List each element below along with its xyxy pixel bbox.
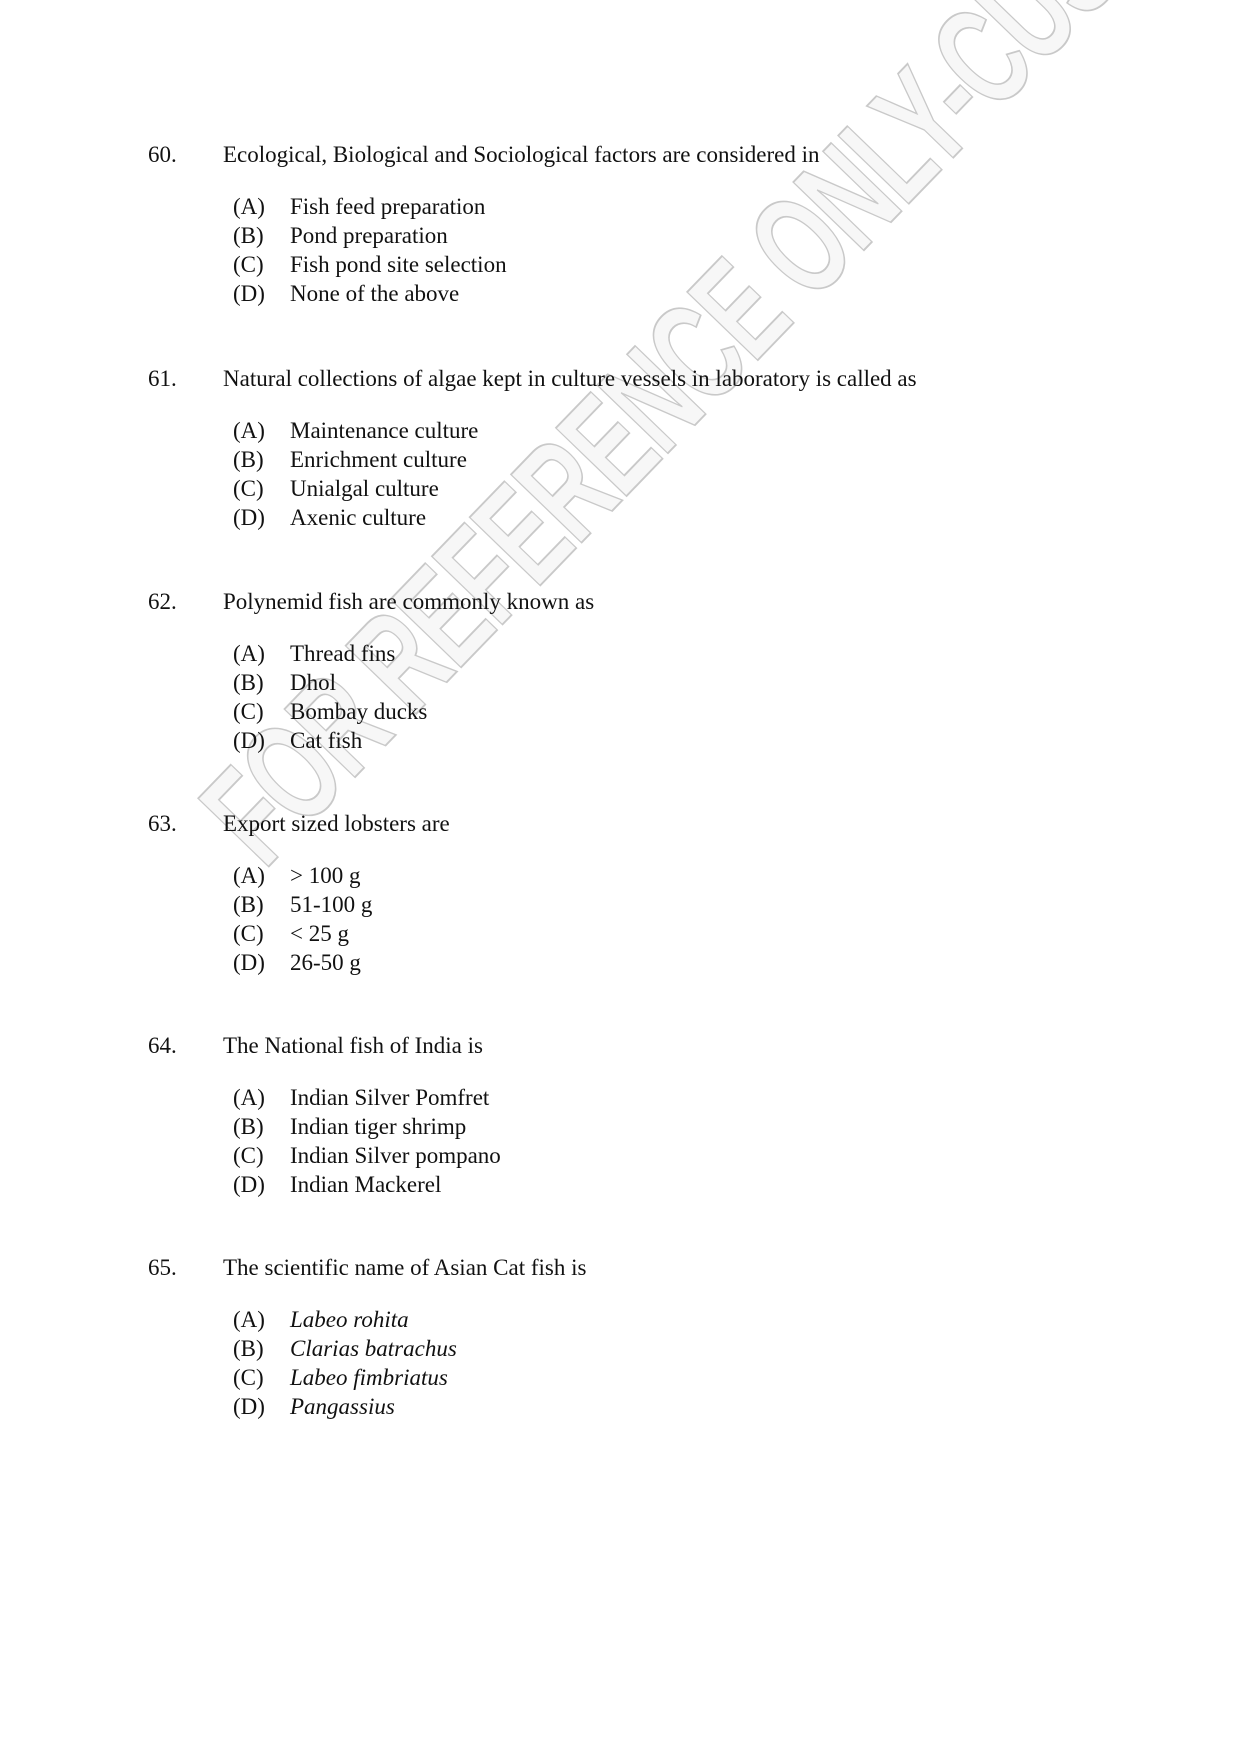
option-letter: (D) — [233, 1171, 265, 1199]
option-letter: (A) — [233, 640, 265, 668]
option-letter: (D) — [233, 949, 265, 977]
option-letter: (B) — [233, 669, 264, 697]
option-letter: (B) — [233, 891, 264, 919]
option-text: 26-50 g — [290, 949, 361, 977]
question-text: The National fish of India is — [223, 1032, 483, 1060]
option-text: > 100 g — [290, 862, 360, 890]
option-text: Indian Silver Pomfret — [290, 1084, 489, 1112]
option-text: Indian Mackerel — [290, 1171, 441, 1199]
exam-page: FOR REFERENCE ONLY-CUSAT 60. Ecological,… — [0, 0, 1240, 1755]
option-text: Unialgal culture — [290, 475, 439, 503]
question-text: Polynemid fish are commonly known as — [223, 588, 594, 616]
option-text: < 25 g — [290, 920, 349, 948]
question-number: 64. — [148, 1032, 177, 1060]
option-letter: (C) — [233, 1364, 264, 1392]
option-text: Labeo fimbriatus — [290, 1364, 448, 1392]
question-text: Ecological, Biological and Sociological … — [223, 141, 820, 169]
option-text: Indian tiger shrimp — [290, 1113, 466, 1141]
option-letter: (B) — [233, 1113, 264, 1141]
option-text: Thread fins — [290, 640, 395, 668]
option-letter: (A) — [233, 862, 265, 890]
option-letter: (B) — [233, 1335, 264, 1363]
option-letter: (D) — [233, 1393, 265, 1421]
option-text: Bombay ducks — [290, 698, 427, 726]
option-text: Enrichment culture — [290, 446, 467, 474]
question-number: 63. — [148, 810, 177, 838]
option-text: Labeo rohita — [290, 1306, 409, 1334]
option-letter: (D) — [233, 727, 265, 755]
question-number: 62. — [148, 588, 177, 616]
option-text: Cat fish — [290, 727, 362, 755]
option-letter: (C) — [233, 1142, 264, 1170]
option-text: Fish pond site selection — [290, 251, 507, 279]
question-text: Export sized lobsters are — [223, 810, 450, 838]
option-text: None of the above — [290, 280, 459, 308]
option-letter: (C) — [233, 920, 264, 948]
question-text: The scientific name of Asian Cat fish is — [223, 1254, 586, 1282]
option-text: Pangassius — [290, 1393, 395, 1421]
option-letter: (C) — [233, 251, 264, 279]
option-text: Indian Silver pompano — [290, 1142, 501, 1170]
option-text: Maintenance culture — [290, 417, 478, 445]
question-number: 65. — [148, 1254, 177, 1282]
question-text: Natural collections of algae kept in cul… — [223, 365, 917, 393]
option-letter: (C) — [233, 475, 264, 503]
option-text: Axenic culture — [290, 504, 426, 532]
option-letter: (A) — [233, 1306, 265, 1334]
option-letter: (B) — [233, 446, 264, 474]
option-text: Dhol — [290, 669, 336, 697]
option-letter: (B) — [233, 222, 264, 250]
option-letter: (D) — [233, 504, 265, 532]
option-letter: (A) — [233, 193, 265, 221]
option-letter: (A) — [233, 1084, 265, 1112]
option-text: Fish feed preparation — [290, 193, 485, 221]
option-text: Pond preparation — [290, 222, 448, 250]
option-text: Clarias batrachus — [290, 1335, 457, 1363]
option-letter: (C) — [233, 698, 264, 726]
option-text: 51-100 g — [290, 891, 372, 919]
question-number: 60. — [148, 141, 177, 169]
option-letter: (D) — [233, 280, 265, 308]
option-letter: (A) — [233, 417, 265, 445]
question-number: 61. — [148, 365, 177, 393]
